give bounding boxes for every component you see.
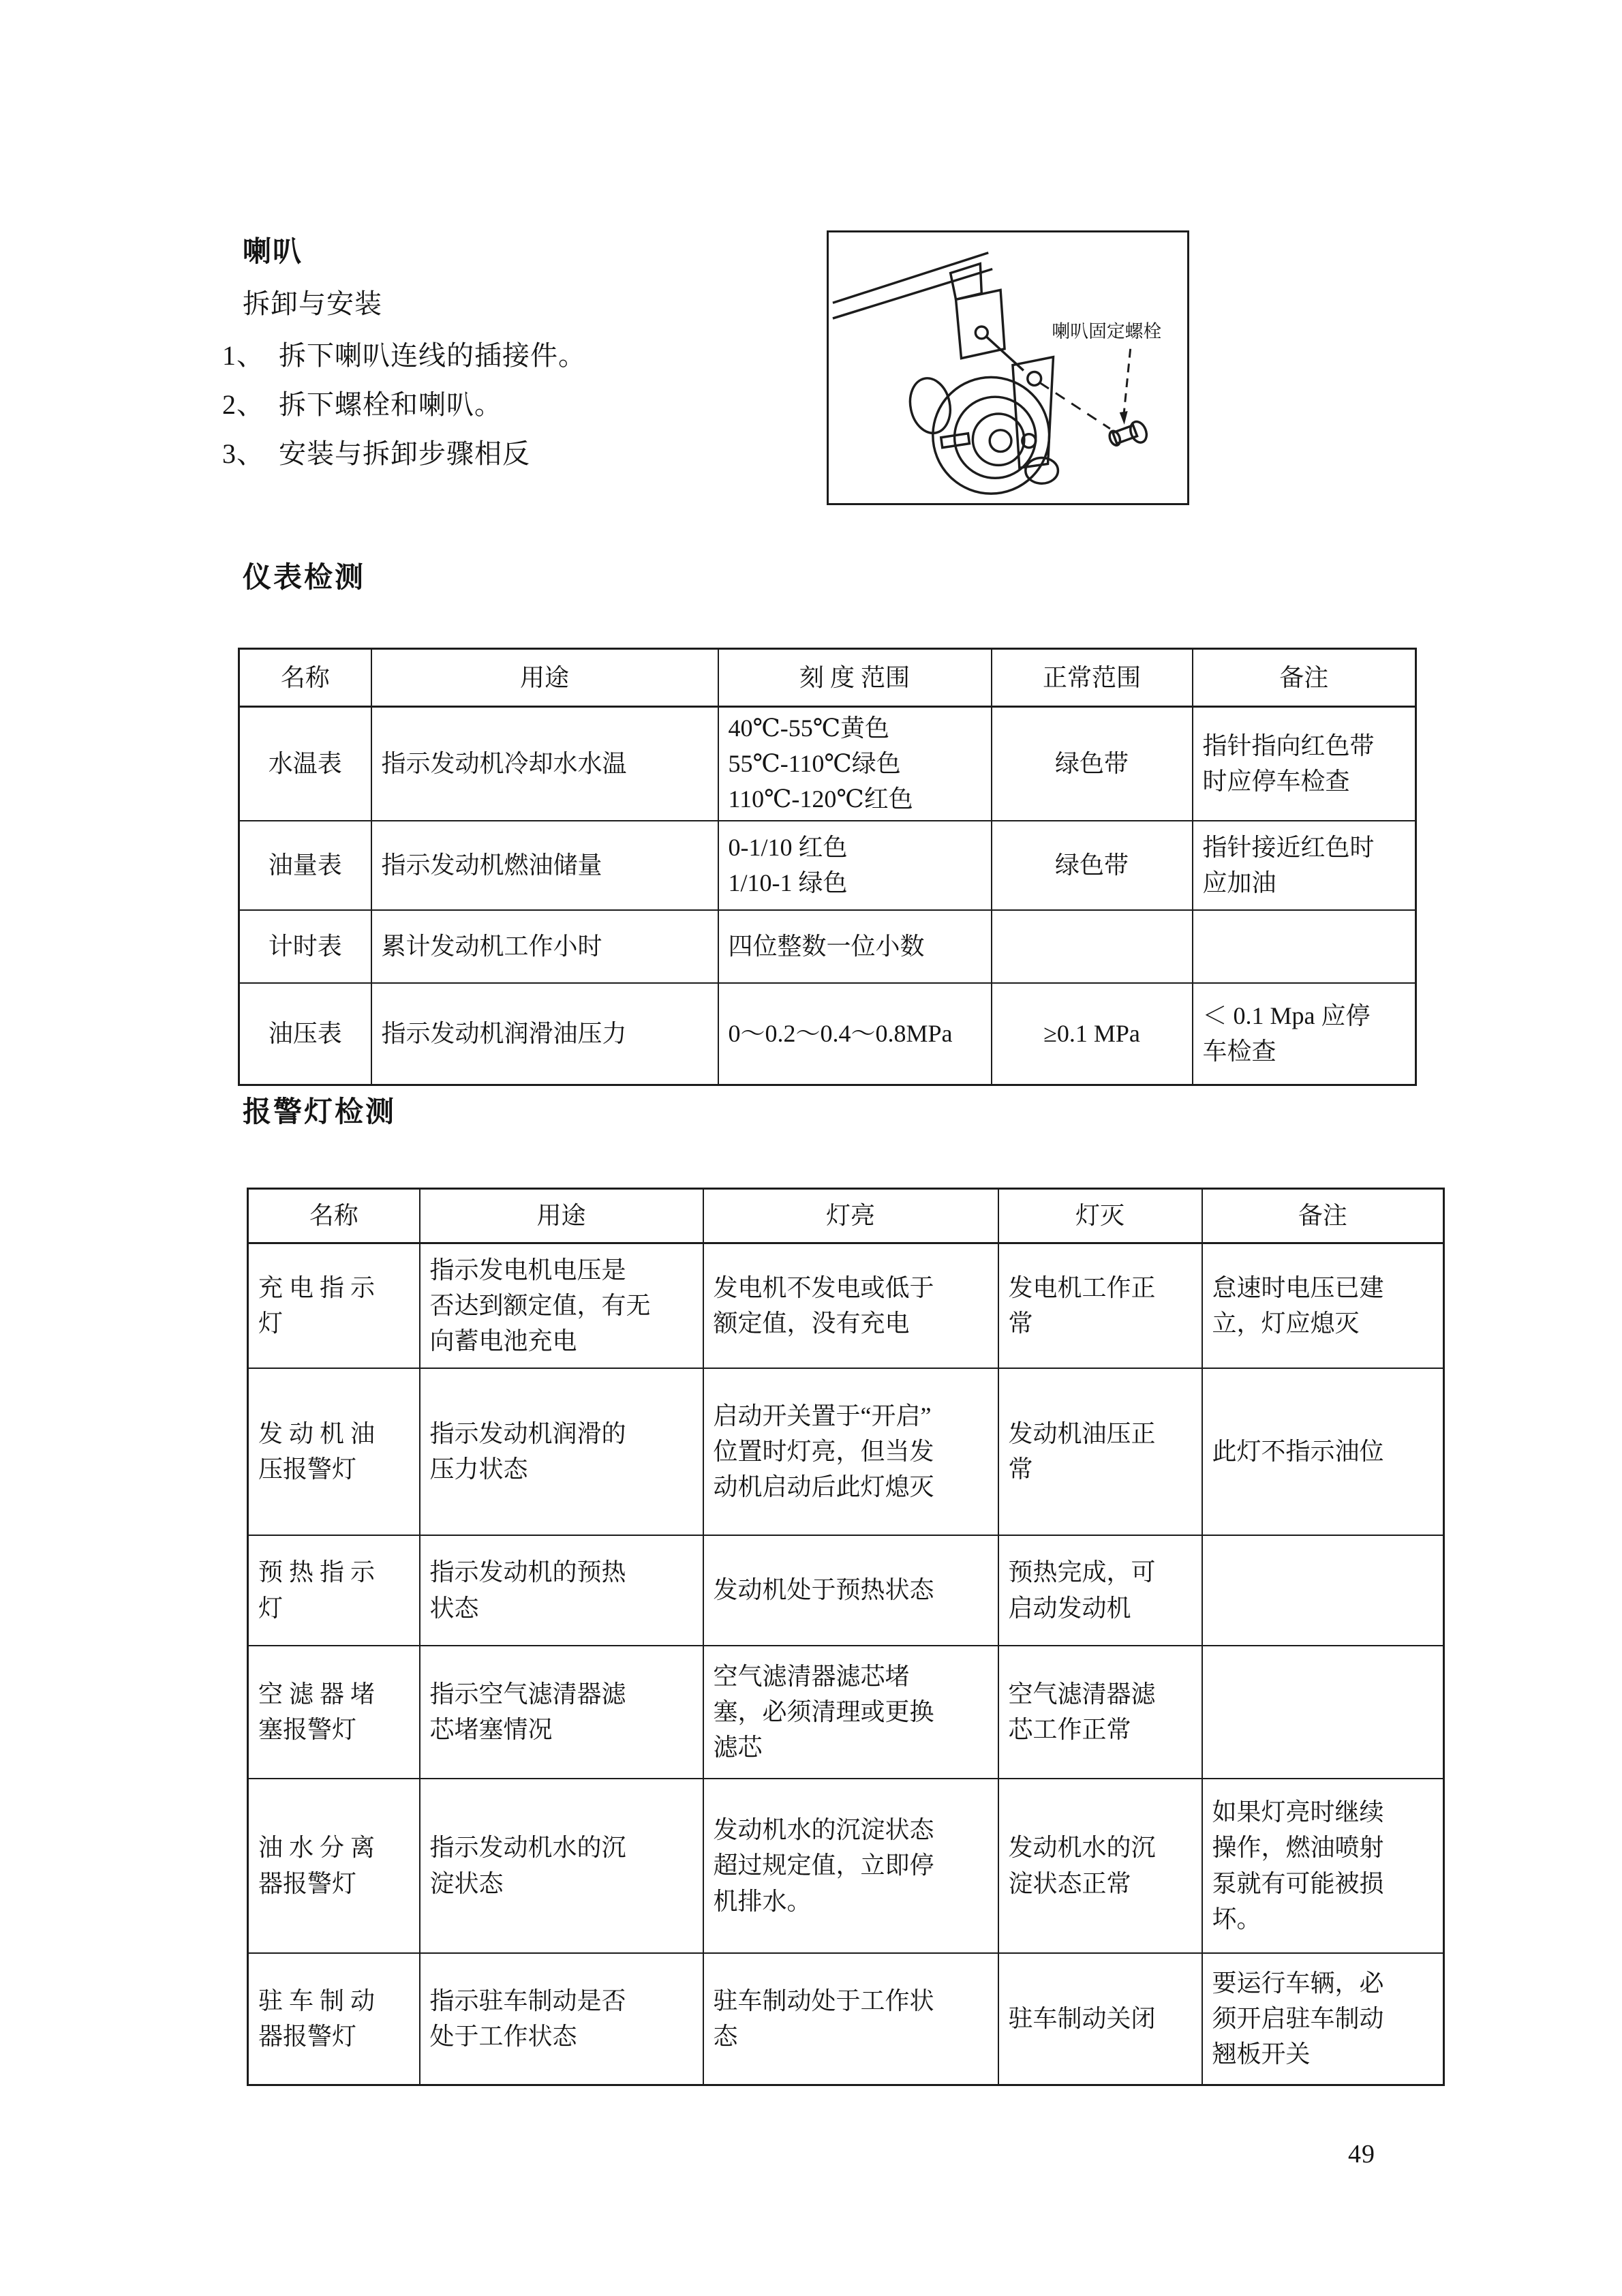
table-cell: 发动机水的沉 淀状态正常 <box>998 1779 1202 1953</box>
table-cell: 空气滤清器滤芯堵 塞，必须清理或更换 滤芯 <box>703 1646 998 1779</box>
table-cell: 空气滤清器滤 芯工作正常 <box>998 1646 1202 1779</box>
table-cell: 四位整数一位小数 <box>718 910 992 983</box>
table-cell: 油压表 <box>239 983 371 1085</box>
warning-header-off: 灯灭 <box>998 1189 1202 1243</box>
table-cell: 指针接近红色时 应加油 <box>1193 821 1416 910</box>
table-cell: 累计发动机工作小时 <box>371 910 718 983</box>
gauge-header-name: 名称 <box>239 649 371 707</box>
table-row: 空 滤 器 堵 塞报警灯 指示空气滤清器滤 芯堵塞情况 空气滤清器滤芯堵 塞，必… <box>248 1646 1444 1779</box>
table-cell: 指示空气滤清器滤 芯堵塞情况 <box>420 1646 703 1779</box>
table-cell: 指示发电机电压是 否达到额定值，有无 向蓄电池充电 <box>420 1243 703 1368</box>
table-cell: 绿色带 <box>992 707 1193 821</box>
table-cell <box>1202 1646 1444 1779</box>
gauge-table: 名称 用途 刻 度 范围 正常范围 备注 水温表 指示发动机冷却水水温 40℃-… <box>238 648 1417 1086</box>
table-cell: ＜ 0.1 Mpa 应停 车检查 <box>1193 983 1416 1085</box>
gauge-section-title: 仪表检测 <box>243 555 365 596</box>
table-cell: 驻车制动关闭 <box>998 1953 1202 2085</box>
table-cell: 驻车制动处于工作状 态 <box>703 1953 998 2085</box>
gauge-header-scale: 刻 度 范围 <box>718 649 992 707</box>
warning-header-on: 灯亮 <box>703 1189 998 1243</box>
warning-header-name: 名称 <box>248 1189 420 1243</box>
table-cell: 启动开关置于“开启” 位置时灯亮，但当发 动机启动后此灯熄灭 <box>703 1368 998 1535</box>
table-cell: ≥0.1 MPa <box>992 983 1193 1085</box>
table-cell: 预 热 指 示 灯 <box>248 1535 420 1646</box>
warning-header-note: 备注 <box>1202 1189 1444 1243</box>
horn-section-subtitle: 拆卸与安装 <box>243 282 382 321</box>
table-cell: 水温表 <box>239 707 371 821</box>
table-cell: 发动机水的沉淀状态 超过规定值，立即停 机排水。 <box>703 1779 998 1953</box>
table-cell: 发 动 机 油 压报警灯 <box>248 1368 420 1535</box>
table-cell: 40℃-55℃黄色 55℃-110℃绿色 110℃-120℃红色 <box>718 707 992 821</box>
page-number: 49 <box>1348 2139 1375 2169</box>
warning-table: 名称 用途 灯亮 灯灭 备注 充 电 指 示 灯 指示发电机电压是 否达到额定值… <box>247 1188 1445 2086</box>
table-cell <box>992 910 1193 983</box>
table-cell: 绿色带 <box>992 821 1193 910</box>
table-row: 水温表 指示发动机冷却水水温 40℃-55℃黄色 55℃-110℃绿色 110℃… <box>239 707 1416 821</box>
table-cell: 充 电 指 示 灯 <box>248 1243 420 1368</box>
table-row: 预 热 指 示 灯 指示发动机的预热 状态 发动机处于预热状态 预热完成，可 启… <box>248 1535 1444 1646</box>
table-cell: 计时表 <box>239 910 371 983</box>
horn-figure: 喇叭固定螺栓 <box>827 230 1189 505</box>
warning-section-title: 报警灯检测 <box>243 1089 396 1130</box>
table-cell: 此灯不指示油位 <box>1202 1368 1444 1535</box>
table-cell: 指示发动机的预热 状态 <box>420 1535 703 1646</box>
table-cell: 发动机油压正 常 <box>998 1368 1202 1535</box>
table-cell: 0～0.2～0.4～0.8MPa <box>718 983 992 1085</box>
gauge-header-use: 用途 <box>371 649 718 707</box>
horn-section-title: 喇叭 <box>243 229 303 270</box>
table-row: 油压表 指示发动机润滑油压力 0～0.2～0.4～0.8MPa ≥0.1 MPa… <box>239 983 1416 1085</box>
horn-line-drawing: 喇叭固定螺栓 <box>829 232 1187 503</box>
gauge-table-header-row: 名称 用途 刻 度 范围 正常范围 备注 <box>239 649 1416 707</box>
warning-table-header-row: 名称 用途 灯亮 灯灭 备注 <box>248 1189 1444 1243</box>
table-cell: 指示发动机润滑油压力 <box>371 983 718 1085</box>
table-cell: 0-1/10 红色 1/10-1 绿色 <box>718 821 992 910</box>
table-cell: 指示发动机水的沉 淀状态 <box>420 1779 703 1953</box>
table-cell <box>1202 1535 1444 1646</box>
table-row: 油 水 分 离 器报警灯 指示发动机水的沉 淀状态 发动机水的沉淀状态 超过规定… <box>248 1779 1444 1953</box>
table-cell: 预热完成，可 启动发动机 <box>998 1535 1202 1646</box>
table-cell: 指针指向红色带 时应停车检查 <box>1193 707 1416 821</box>
table-cell: 发电机工作正 常 <box>998 1243 1202 1368</box>
table-row: 充 电 指 示 灯 指示发电机电压是 否达到额定值，有无 向蓄电池充电 发电机不… <box>248 1243 1444 1368</box>
table-cell: 指示发动机燃油储量 <box>371 821 718 910</box>
table-row: 驻 车 制 动 器报警灯 指示驻车制动是否 处于工作状态 驻车制动处于工作状 态… <box>248 1953 1444 2085</box>
gauge-header-note: 备注 <box>1193 649 1416 707</box>
table-cell: 驻 车 制 动 器报警灯 <box>248 1953 420 2085</box>
table-row: 发 动 机 油 压报警灯 指示发动机润滑的 压力状态 启动开关置于“开启” 位置… <box>248 1368 1444 1535</box>
horn-step-1: 1、 拆下喇叭连线的插接件。 <box>222 334 586 373</box>
gauge-header-normal: 正常范围 <box>992 649 1193 707</box>
document-page: 喇叭 拆卸与安装 1、 拆下喇叭连线的插接件。 2、 拆下螺栓和喇叭。 3、 安… <box>0 0 1622 2296</box>
table-row: 油量表 指示发动机燃油储量 0-1/10 红色 1/10-1 绿色 绿色带 指针… <box>239 821 1416 910</box>
table-cell: 发动机处于预热状态 <box>703 1535 998 1646</box>
table-cell <box>1193 910 1416 983</box>
table-cell: 空 滤 器 堵 塞报警灯 <box>248 1646 420 1779</box>
horn-figure-label: 喇叭固定螺栓 <box>1052 321 1162 342</box>
table-cell: 指示发动机冷却水水温 <box>371 707 718 821</box>
table-cell: 要运行车辆，必 须开启驻车制动 翘板开关 <box>1202 1953 1444 2085</box>
table-cell: 发电机不发电或低于 额定值，没有充电 <box>703 1243 998 1368</box>
horn-step-2: 2、 拆下螺栓和喇叭。 <box>222 383 502 422</box>
warning-header-use: 用途 <box>420 1189 703 1243</box>
table-cell: 怠速时电压已建 立，灯应熄灭 <box>1202 1243 1444 1368</box>
table-cell: 指示驻车制动是否 处于工作状态 <box>420 1953 703 2085</box>
table-row: 计时表 累计发动机工作小时 四位整数一位小数 <box>239 910 1416 983</box>
table-cell: 油量表 <box>239 821 371 910</box>
horn-step-3: 3、 安装与拆卸步骤相反 <box>222 432 530 471</box>
table-cell: 如果灯亮时继续 操作，燃油喷射 泵就有可能被损 坏。 <box>1202 1779 1444 1953</box>
table-cell: 油 水 分 离 器报警灯 <box>248 1779 420 1953</box>
table-cell: 指示发动机润滑的 压力状态 <box>420 1368 703 1535</box>
